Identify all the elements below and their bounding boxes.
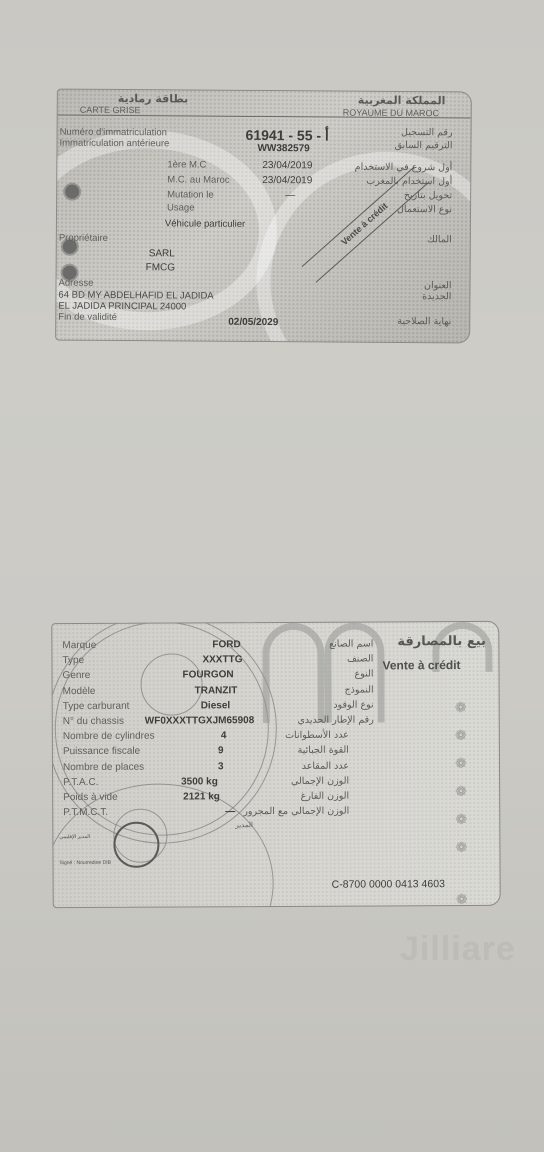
spec-label: P.T.M.C.T. [63, 807, 108, 818]
validite-value: 02/05/2029 [228, 317, 278, 328]
mutation-value: — [285, 190, 295, 201]
ar-label-immatriculation: رقم التسجيل [401, 127, 453, 138]
spec-label: Type carburant [63, 701, 130, 712]
spec-label-ar: رقم الإطار الحديدي [297, 714, 373, 725]
spec-label-ar: الوزن الفارغ [301, 791, 350, 802]
spec-value: 9 [218, 746, 224, 757]
spec-label-ar: نوع الوقود [333, 699, 373, 710]
adresse-line2: EL JADIDA PRINCIPAL 24000 [58, 301, 186, 313]
spec-value: — [225, 806, 235, 817]
spec-value: 3 [218, 761, 224, 772]
spec-label-ar: الصنف [347, 654, 374, 665]
spec-value: WF0XXXTTGXJM65908 [145, 715, 255, 727]
spec-label: Nombre de places [63, 761, 144, 772]
back-title-fr: Vente à crédit [382, 658, 460, 672]
spec-label: Nombre de cylindres [63, 731, 155, 742]
proprietaire-value-1: SARL [149, 248, 175, 259]
kingdom-title-ar: المملكة المغربية [358, 94, 446, 108]
spec-value: TRANZIT [195, 685, 238, 696]
header-title-fr: CARTE GRISE [80, 105, 141, 115]
card-number: C-8700 0000 0413 4603 [332, 878, 445, 891]
spec-value: 3500 kg [181, 776, 218, 787]
official-stamp [113, 822, 159, 868]
seal-inner-circle [140, 653, 202, 715]
spec-label-ar: الوزن الإجمالي مع المجرور [243, 806, 349, 818]
anterieure-value: WW382579 [257, 143, 309, 154]
spec-value: XXXTTG [202, 654, 242, 665]
flower-ornament-icon: ❁ [454, 840, 468, 854]
spec-label: Marque [62, 640, 96, 651]
flower-ornament-icon: ❁ [454, 756, 468, 770]
carte-grise-front: بطاقة رمادية CARTE GRISE المملكة المغربي… [55, 89, 472, 344]
immatriculation-value: 61941 - أ - 55 [246, 127, 329, 145]
anterieure-label: Immatriculation antérieure [59, 138, 169, 150]
spec-label-ar: عدد المقاعد [302, 760, 349, 771]
carte-grise-back: بيع بالمصارقة Vente à crédit MarqueFORDا… [51, 621, 500, 908]
usage-value: Véhicule particulier [165, 218, 245, 230]
spec-label-ar: القوة الجبائية [298, 745, 349, 756]
ar-label-anterieure: الترقيم السابق [395, 140, 453, 151]
header-title-ar: بطاقة رمادية [118, 92, 188, 105]
ar-label-usage: نوع الاستعمال [397, 204, 452, 215]
flower-ornament-icon: ❁ [454, 700, 468, 714]
signature-ar: المدير [235, 821, 253, 829]
faint-watermark: Jilliare [400, 930, 516, 969]
back-title-ar: بيع بالمصارقة [397, 634, 486, 649]
mutation-label: Mutation le [167, 189, 214, 200]
proprietaire-value-2: FMCG [146, 262, 176, 273]
spec-label-ar: عدد الأسطوانات [285, 730, 349, 741]
first-mc-value: 23/04/2019 [262, 160, 312, 171]
spec-label: N° du chassis [63, 716, 124, 727]
mc-maroc-value: 23/04/2019 [262, 175, 312, 186]
rosette-icon [65, 185, 79, 199]
spec-value: FORD [212, 639, 240, 650]
flower-ornament-icon: ❁ [454, 812, 468, 826]
spec-label: Poids à vide [63, 792, 118, 803]
first-mc-label: 1ère M.C [167, 159, 206, 170]
adresse-label: Adresse [58, 278, 93, 289]
validite-label: Fin de validité [58, 312, 117, 323]
spec-label: Type [62, 655, 84, 666]
director-ar: المدير الإقليمي [59, 834, 90, 840]
spec-value: 4 [221, 730, 227, 741]
spec-label-ar: اسم الصانع [329, 638, 373, 649]
immatriculation-label: Numéro d'immatriculation [60, 127, 167, 139]
ar-label-adresse: العنوان الجديدة [411, 280, 451, 302]
spec-label-ar: النموذج [344, 684, 373, 695]
ar-label-proprietaire: المالك [427, 234, 452, 245]
spec-value: 2121 kg [183, 791, 220, 802]
mc-maroc-label: M.C. au Maroc [167, 174, 229, 185]
flower-ornament-icon: ❁ [454, 784, 468, 798]
usage-label: Usage [167, 202, 195, 213]
ar-label-validite: نهاية الصلاحية [397, 316, 451, 327]
flower-ornament-icon: ❁ [454, 728, 468, 742]
signature-caption: Signé : Nourredine DIB [59, 860, 110, 866]
arch-ornament [262, 623, 325, 723]
spec-label: Modèle [63, 686, 96, 697]
spec-label: P.T.A.C. [63, 777, 98, 788]
spec-value: FOURGON [183, 670, 234, 681]
flower-ornament-icon: ❁ [455, 892, 469, 906]
proprietaire-label: Propriétaire [59, 233, 108, 244]
ar-label-first-mc: أول شروع في الاستخدام [355, 162, 453, 174]
spec-label-ar: النوع [355, 669, 374, 680]
spec-value: Diesel [201, 700, 231, 711]
spec-label: Puissance fiscale [63, 746, 140, 757]
spec-label: Genre [63, 670, 91, 681]
spec-label-ar: الوزن الإجمالي [291, 775, 349, 786]
